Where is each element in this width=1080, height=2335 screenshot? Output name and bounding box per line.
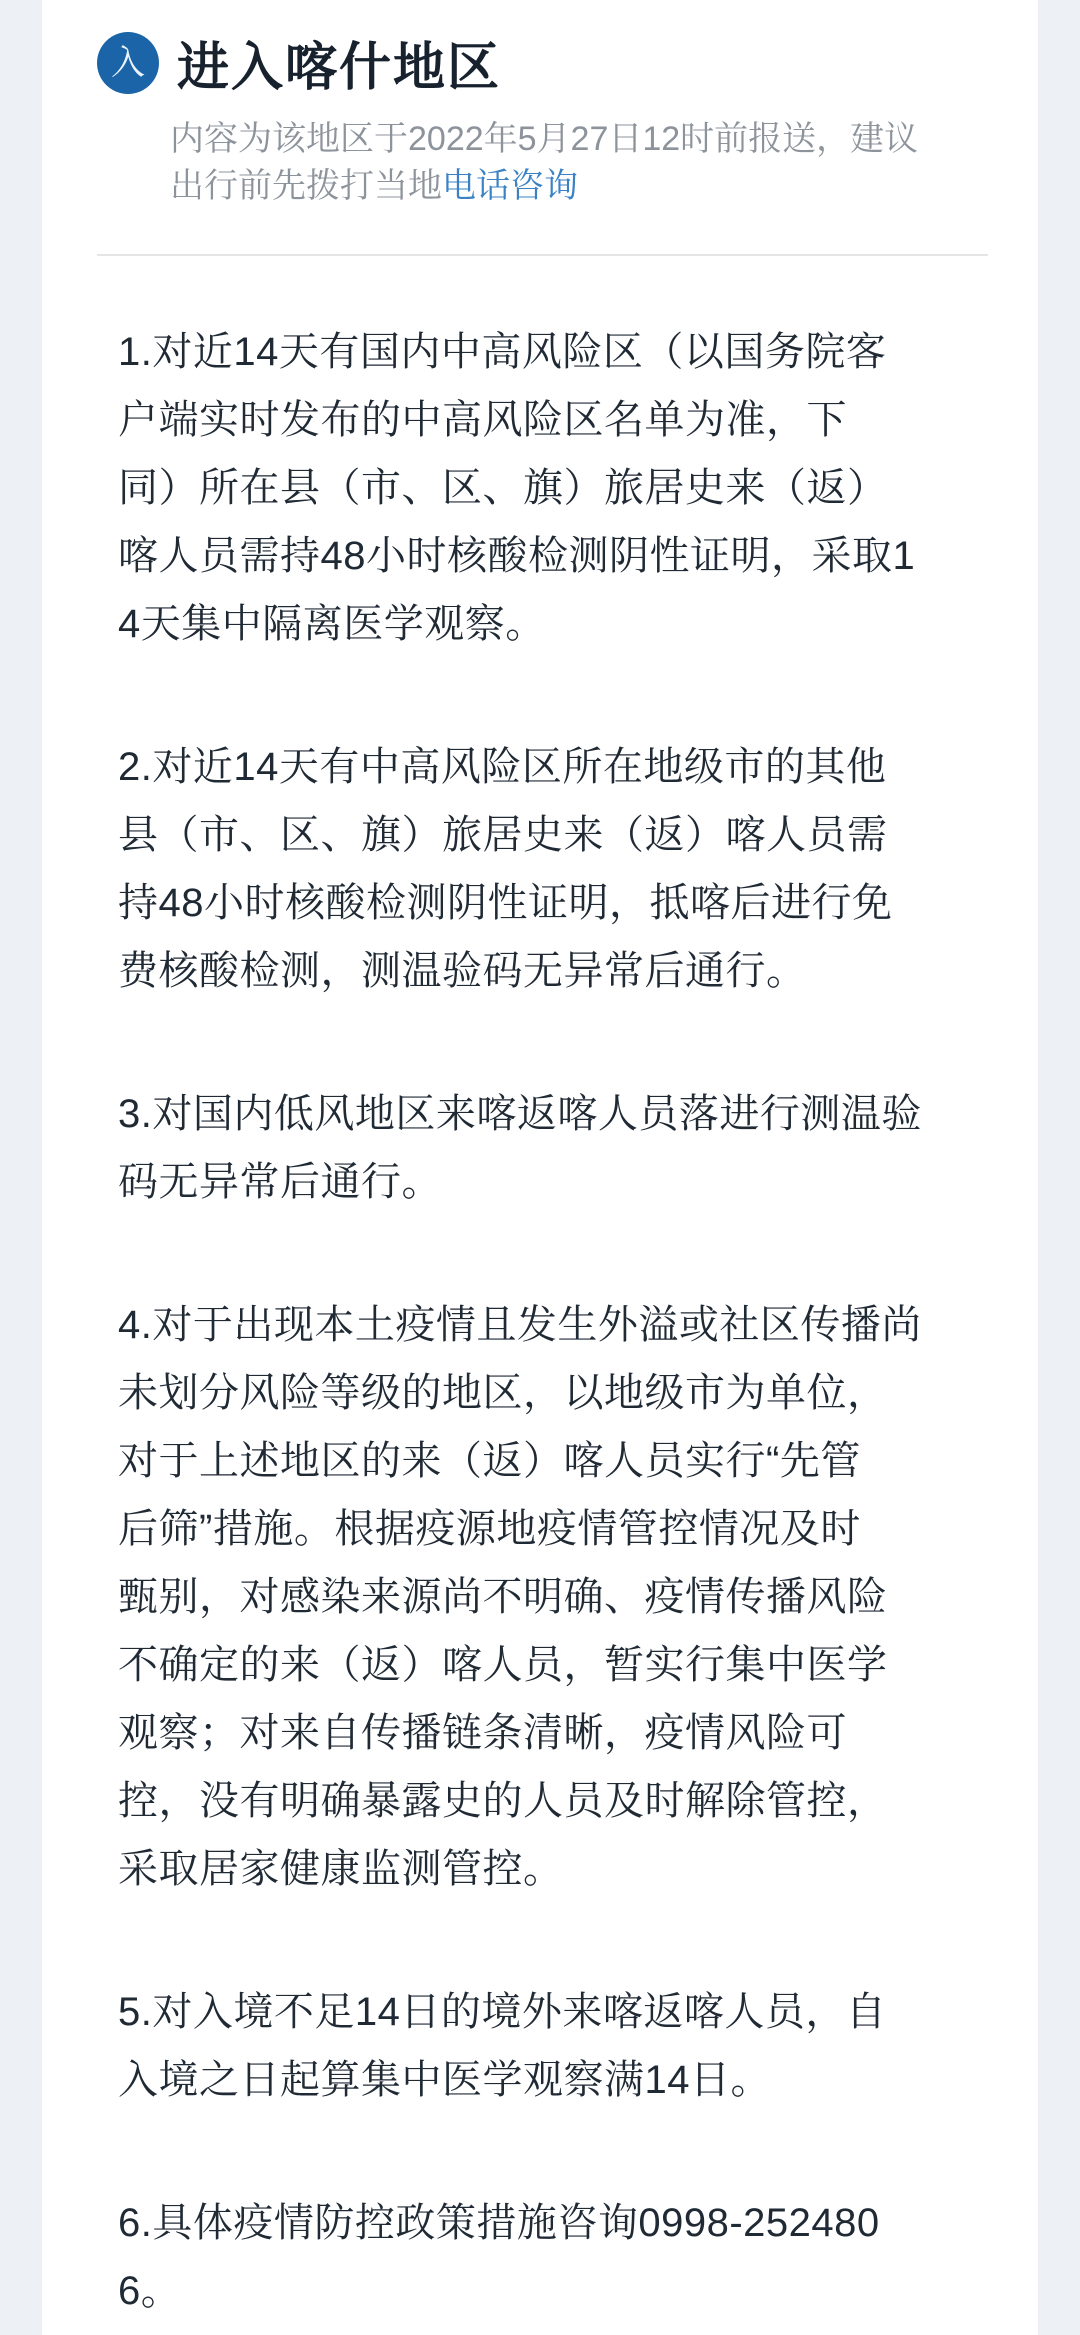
phone-consult-link[interactable]: 电话咨询 [442, 167, 578, 205]
enter-icon: 入 [97, 32, 159, 94]
article-card: 入 进入喀什地区 内容为该地区于2022年5月27日12时前报送，建议 出行前先… [42, 0, 1038, 2335]
section-header: 入 进入喀什地区 [42, 0, 1038, 100]
policy-paragraph-1: 1.对近14天有国内中高风险区（以国务院客 户端实时发布的中高风险区名单为准，下… [118, 318, 985, 658]
policy-paragraph-4: 4.对于出现本土疫情且发生外溢或社区传播尚 未划分风险等级的地区，以地级市为单位… [118, 1291, 985, 1903]
policy-paragraph-2: 2.对近14天有中高风险区所在地级市的其他 县（市、区、旗）旅居史来（返）喀人员… [118, 733, 985, 1005]
page: 入 进入喀什地区 内容为该地区于2022年5月27日12时前报送，建议 出行前先… [0, 0, 1080, 2335]
page-title: 进入喀什地区 [177, 25, 501, 100]
policy-paragraph-5: 5.对入境不足14日的境外来喀返喀人员，自 入境之日起算集中医学观察满14日。 [118, 1978, 985, 2114]
section-subtitle: 内容为该地区于2022年5月27日12时前报送，建议 出行前先拨打当地电话咨询 [42, 100, 1038, 210]
policy-paragraph-6: 6.具体疫情防控政策措施咨询0998-252480 6。 [118, 2189, 985, 2325]
policy-body: 1.对近14天有国内中高风险区（以国务院客 户端实时发布的中高风险区名单为准，下… [42, 256, 1038, 2325]
policy-paragraph-3: 3.对国内低风地区来喀返喀人员落进行测温验 码无异常后通行。 [118, 1080, 985, 1216]
enter-icon-glyph: 入 [111, 44, 145, 82]
